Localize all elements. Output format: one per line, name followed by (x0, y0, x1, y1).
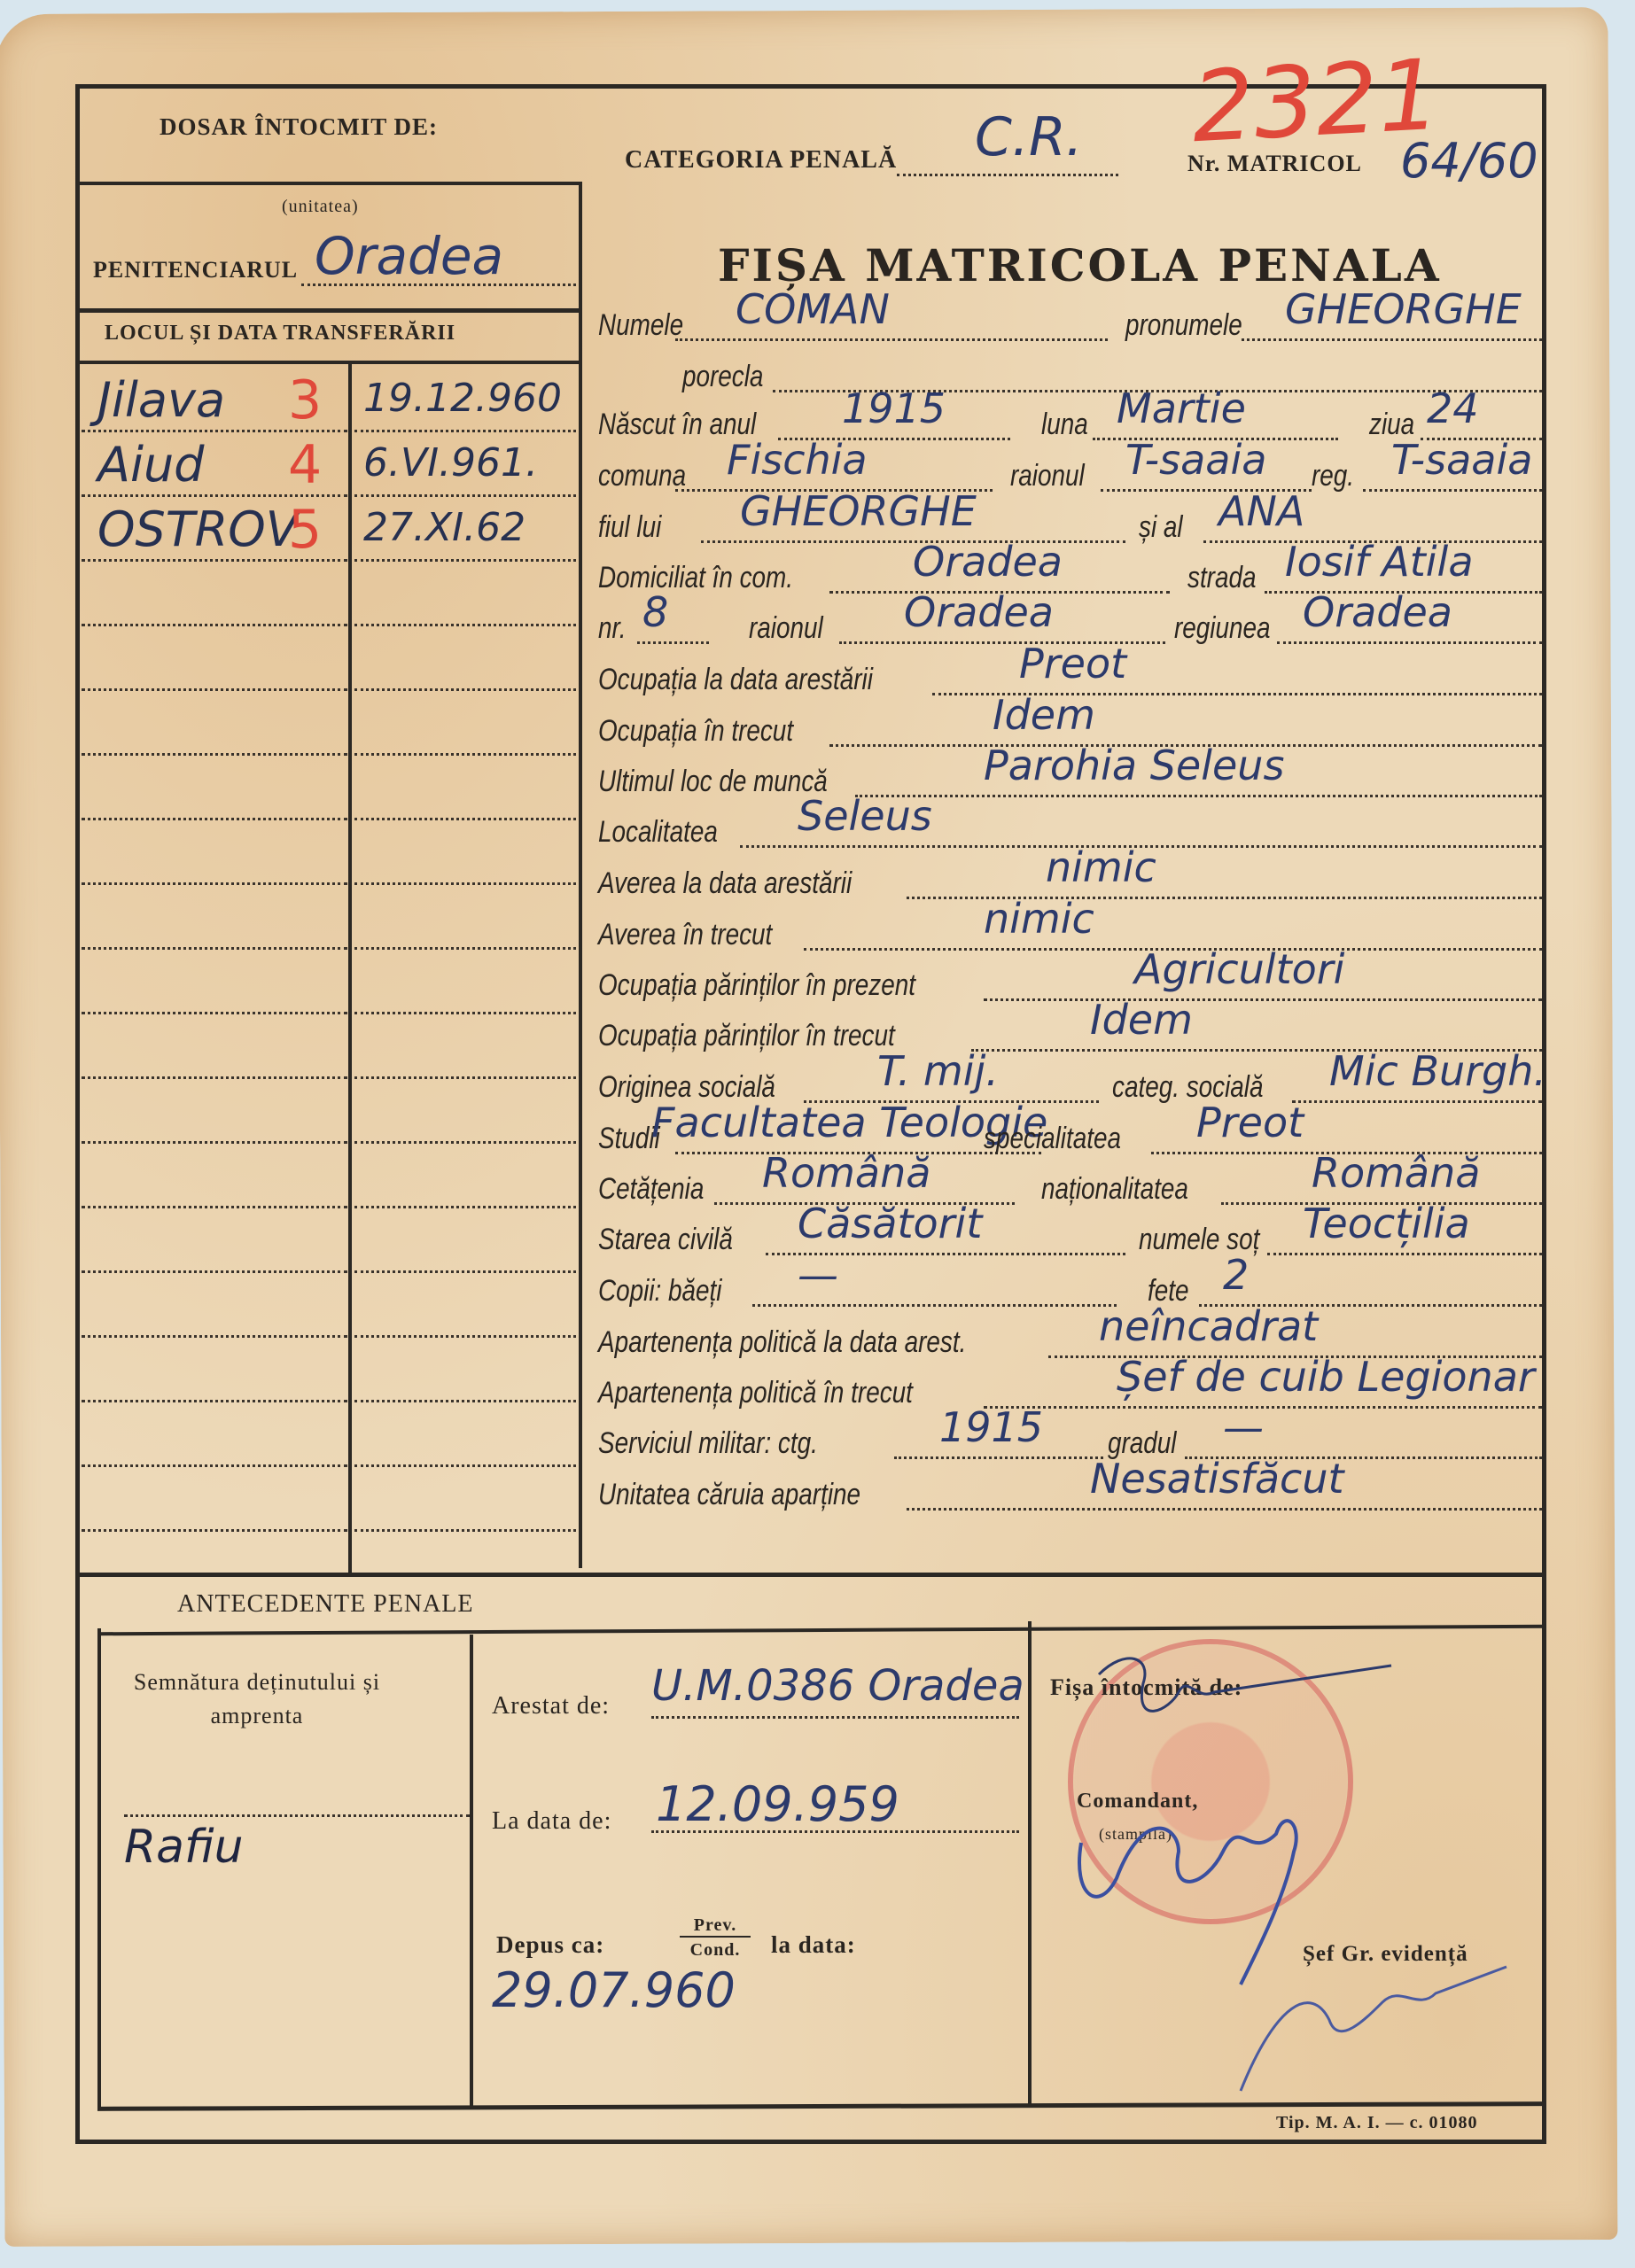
fiul-lui-label: fiul lui (598, 510, 661, 545)
column-divider (579, 182, 582, 1568)
la-data-label: La data de: (492, 1807, 611, 1836)
apartenenta-trecut-label: Apartenența politică în trecut (598, 1376, 913, 1410)
cetatenia-label: Cetățenia (598, 1172, 704, 1207)
dotted-line (1363, 489, 1542, 492)
categ-sociala-value: Mic Burgh. (1329, 1047, 1546, 1095)
comuna-label: comuna (598, 459, 686, 493)
pronumele-label: pronumele (1125, 308, 1242, 343)
ziua-value: 24 (1427, 384, 1479, 432)
si-al-label: și al (1139, 510, 1183, 545)
transfers-heading: LOCUL ȘI DATA TRANSFERĂRII (105, 322, 455, 346)
nationalitatea-label: naționalitatea (1041, 1172, 1188, 1207)
fete-value: 2 (1223, 1251, 1249, 1299)
dotted-line (907, 1508, 1542, 1511)
ocupatia-trecut-label: Ocupația în trecut (598, 714, 793, 749)
prisoner-signature: Rafiu (124, 1821, 244, 1874)
form-title: FIȘA MATRICOLA PENALA (718, 239, 1442, 291)
penitenciarul-label: PENITENCIARUL (93, 257, 298, 283)
nr-label: nr. (598, 611, 627, 646)
dotted-line (354, 818, 576, 820)
prev-label: Prev. (680, 1915, 751, 1938)
averea-trecut-label: Averea în trecut (598, 918, 772, 952)
domiciliat-value: Oradea (913, 538, 1063, 586)
gradul-value: — (1223, 1403, 1264, 1451)
dotted-line (82, 1464, 347, 1467)
dotted-line (82, 753, 347, 756)
dotted-line (354, 1400, 576, 1402)
dotted-line (82, 1206, 347, 1208)
semnatura-label: Semnătura deținutului și amprenta (133, 1666, 381, 1733)
dotted-line (354, 1464, 576, 1467)
categoria-value: C.R. (975, 106, 1083, 168)
arestat-value: U.M.0386 Oradea (651, 1661, 1024, 1711)
transfer-date: 27.XI.62 (363, 505, 526, 550)
dotted-line (1267, 1253, 1542, 1255)
dotted-line (651, 1830, 1019, 1833)
dotted-line (82, 1141, 347, 1144)
depus-label: Depus ca: (496, 1931, 604, 1959)
dotted-line (82, 1400, 347, 1402)
dotted-line (752, 1304, 1117, 1307)
dotted-line (1292, 1100, 1542, 1103)
starea-civila-value: Căsătorit (798, 1200, 982, 1247)
unitatea-label: (unitatea) (282, 197, 359, 217)
numele-value: COMAN (736, 285, 890, 333)
dotted-line (354, 430, 576, 432)
dotted-line (82, 1335, 347, 1338)
dotted-line (354, 947, 576, 950)
ultimul-loc-value: Parohia Seleus (984, 742, 1284, 789)
dotted-line (354, 624, 576, 626)
nationalitatea-value: Română (1312, 1149, 1480, 1197)
copii-baeti-value: — (798, 1251, 838, 1299)
ocup-parinti-prezent-value: Agricultori (1134, 945, 1344, 993)
porecla-label: porecla (682, 360, 763, 394)
ocupatia-arest-value: Preot (1019, 640, 1126, 687)
dotted-line (124, 1814, 470, 1817)
dotted-line (354, 1335, 576, 1338)
specialitatea-label: specialitatea (984, 1122, 1121, 1156)
column-divider (1028, 1621, 1032, 2104)
dotted-line (637, 641, 710, 644)
luna-label: luna (1041, 408, 1088, 442)
dotted-line (354, 1529, 576, 1532)
apartenenta-arest-value: neîncadrat (1099, 1302, 1318, 1350)
red-registry-number: 2321 (1189, 38, 1443, 164)
dotted-line (354, 1206, 576, 1208)
averea-arest-label: Averea la data arestării (598, 866, 852, 901)
ocup-parinti-trecut-label: Ocupația părinților în trecut (598, 1019, 895, 1053)
transfer-date: 6.VI.961. (363, 440, 538, 485)
transfer-red-mark: 3 (288, 369, 322, 431)
nascut-anul-value: 1915 (842, 384, 946, 432)
localitatea-label: Localitatea (598, 815, 718, 850)
divider (78, 182, 579, 185)
arestat-label: Arestat de: (492, 1692, 610, 1720)
dotted-line (1242, 338, 1543, 341)
dotted-line (354, 494, 576, 497)
dotted-line (354, 688, 576, 691)
reg-value: T-saaia (1391, 436, 1532, 484)
dotted-line (82, 430, 347, 432)
divider (78, 1573, 1545, 1577)
domiciliat-label: Domiciliat în com. (598, 561, 793, 595)
raionul-value: T-saaia (1125, 436, 1266, 484)
raionul-dom-value: Oradea (904, 588, 1054, 636)
column-divider (97, 1628, 101, 2107)
dotted-line (82, 688, 347, 691)
serviciul-militar-label: Serviciul militar: ctg. (598, 1426, 818, 1461)
raionul-label: raionul (1010, 459, 1085, 493)
ultimul-loc-label: Ultimul loc de muncă (598, 765, 828, 799)
numele-sot-value: Teocțilia (1303, 1200, 1470, 1247)
dotted-line (354, 882, 576, 885)
apartenenta-arest-label: Apartenența politică la data arest. (598, 1325, 966, 1360)
ocupatia-arest-label: Ocupația la data arestării (598, 663, 873, 697)
column-divider (470, 1635, 473, 2109)
regiunea-label: regiunea (1174, 611, 1271, 646)
print-code: Tip. M. A. I. — c. 01080 (1276, 2113, 1478, 2133)
ocup-parinti-trecut-value: Idem (1090, 996, 1193, 1044)
dotted-line (1277, 641, 1542, 644)
penitenciarul-value: Oradea (315, 226, 503, 286)
dotted-line (354, 1012, 576, 1014)
ocup-parinti-prezent-label: Ocupația părinților în prezent (598, 968, 915, 1003)
specialitatea-value: Preot (1196, 1099, 1304, 1146)
dotted-line (354, 1141, 576, 1144)
dosar-label: DOSAR ÎNTOCMIT DE: (160, 113, 438, 141)
transfer-red-mark: 5 (288, 499, 322, 561)
dotted-line (354, 753, 576, 756)
dotted-line (894, 1456, 1104, 1459)
antecedente-heading: ANTECEDENTE PENALE (177, 1590, 474, 1619)
serviciul-militar-value: 1915 (939, 1403, 1043, 1451)
dotted-line (82, 947, 347, 950)
strada-label: strada (1187, 561, 1256, 595)
unitatea-label: Unitatea căruia aparține (598, 1478, 860, 1512)
depus-data-value: 29.07.960 (492, 1962, 736, 2018)
dotted-line (354, 1270, 576, 1273)
nr-value: 8 (642, 588, 668, 636)
dotted-line (675, 338, 1108, 341)
transfer-red-mark: 4 (288, 434, 322, 496)
strada-value: Iosif Atila (1285, 538, 1474, 586)
transfer-place: Aiud (97, 437, 204, 493)
cond-label: Cond. (680, 1940, 751, 1961)
depus-data-label: la data: (771, 1931, 856, 1959)
raionul-dom-label: raionul (749, 611, 823, 646)
si-al-value: ANA (1218, 487, 1304, 535)
dotted-line (82, 559, 347, 562)
dotted-line (855, 795, 1542, 797)
dotted-line (651, 1716, 1019, 1719)
transfer-date: 19.12.960 (363, 376, 562, 421)
dotted-line (897, 174, 1118, 176)
averea-trecut-value: nimic (984, 895, 1094, 943)
la-data-value: 12.09.959 (656, 1776, 899, 1832)
divider (78, 308, 579, 313)
dotted-line (82, 494, 347, 497)
origine-sociala-value: T. mij. (877, 1047, 999, 1095)
numele-label: Numele (598, 308, 683, 343)
signatures-overlay (1046, 1630, 1542, 2109)
comuna-value: Fischia (727, 436, 868, 484)
dotted-line (82, 624, 347, 626)
regiunea-value: Oradea (1303, 588, 1452, 636)
fiul-lui-value: GHEORGHE (740, 487, 977, 535)
dotted-line (354, 559, 576, 562)
categoria-label: CATEGORIA PENALĂ (625, 146, 897, 175)
localitatea-value: Seleus (798, 792, 932, 840)
dotted-line (82, 818, 347, 820)
starea-civila-label: Starea civilă (598, 1223, 733, 1257)
dotted-line (301, 283, 576, 286)
column-divider (348, 364, 352, 1573)
dotted-line (82, 882, 347, 885)
reg-label: reg. (1312, 459, 1354, 493)
transfer-place: OSTROV (97, 501, 299, 557)
apartenenta-trecut-value: Șef de cuib Legionar (1117, 1353, 1535, 1401)
averea-arest-value: nimic (1046, 843, 1156, 891)
pronumele-value: GHEORGHE (1285, 285, 1522, 333)
transfer-place: Jilava (97, 372, 225, 428)
dotted-line (354, 1076, 576, 1079)
ocupatia-trecut-value: Idem (993, 691, 1095, 739)
dotted-line (82, 1529, 347, 1532)
unitatea-value: Nesatisfăcut (1090, 1455, 1344, 1503)
dotted-line (82, 1076, 347, 1079)
divider (78, 361, 579, 364)
dotted-line (984, 998, 1542, 1001)
dotted-line (82, 1012, 347, 1014)
luna-value: Martie (1117, 384, 1246, 432)
copii-baeti-label: Copii: băeți (598, 1274, 721, 1309)
cetatenia-value: Română (762, 1149, 930, 1197)
dotted-line (82, 1270, 347, 1273)
